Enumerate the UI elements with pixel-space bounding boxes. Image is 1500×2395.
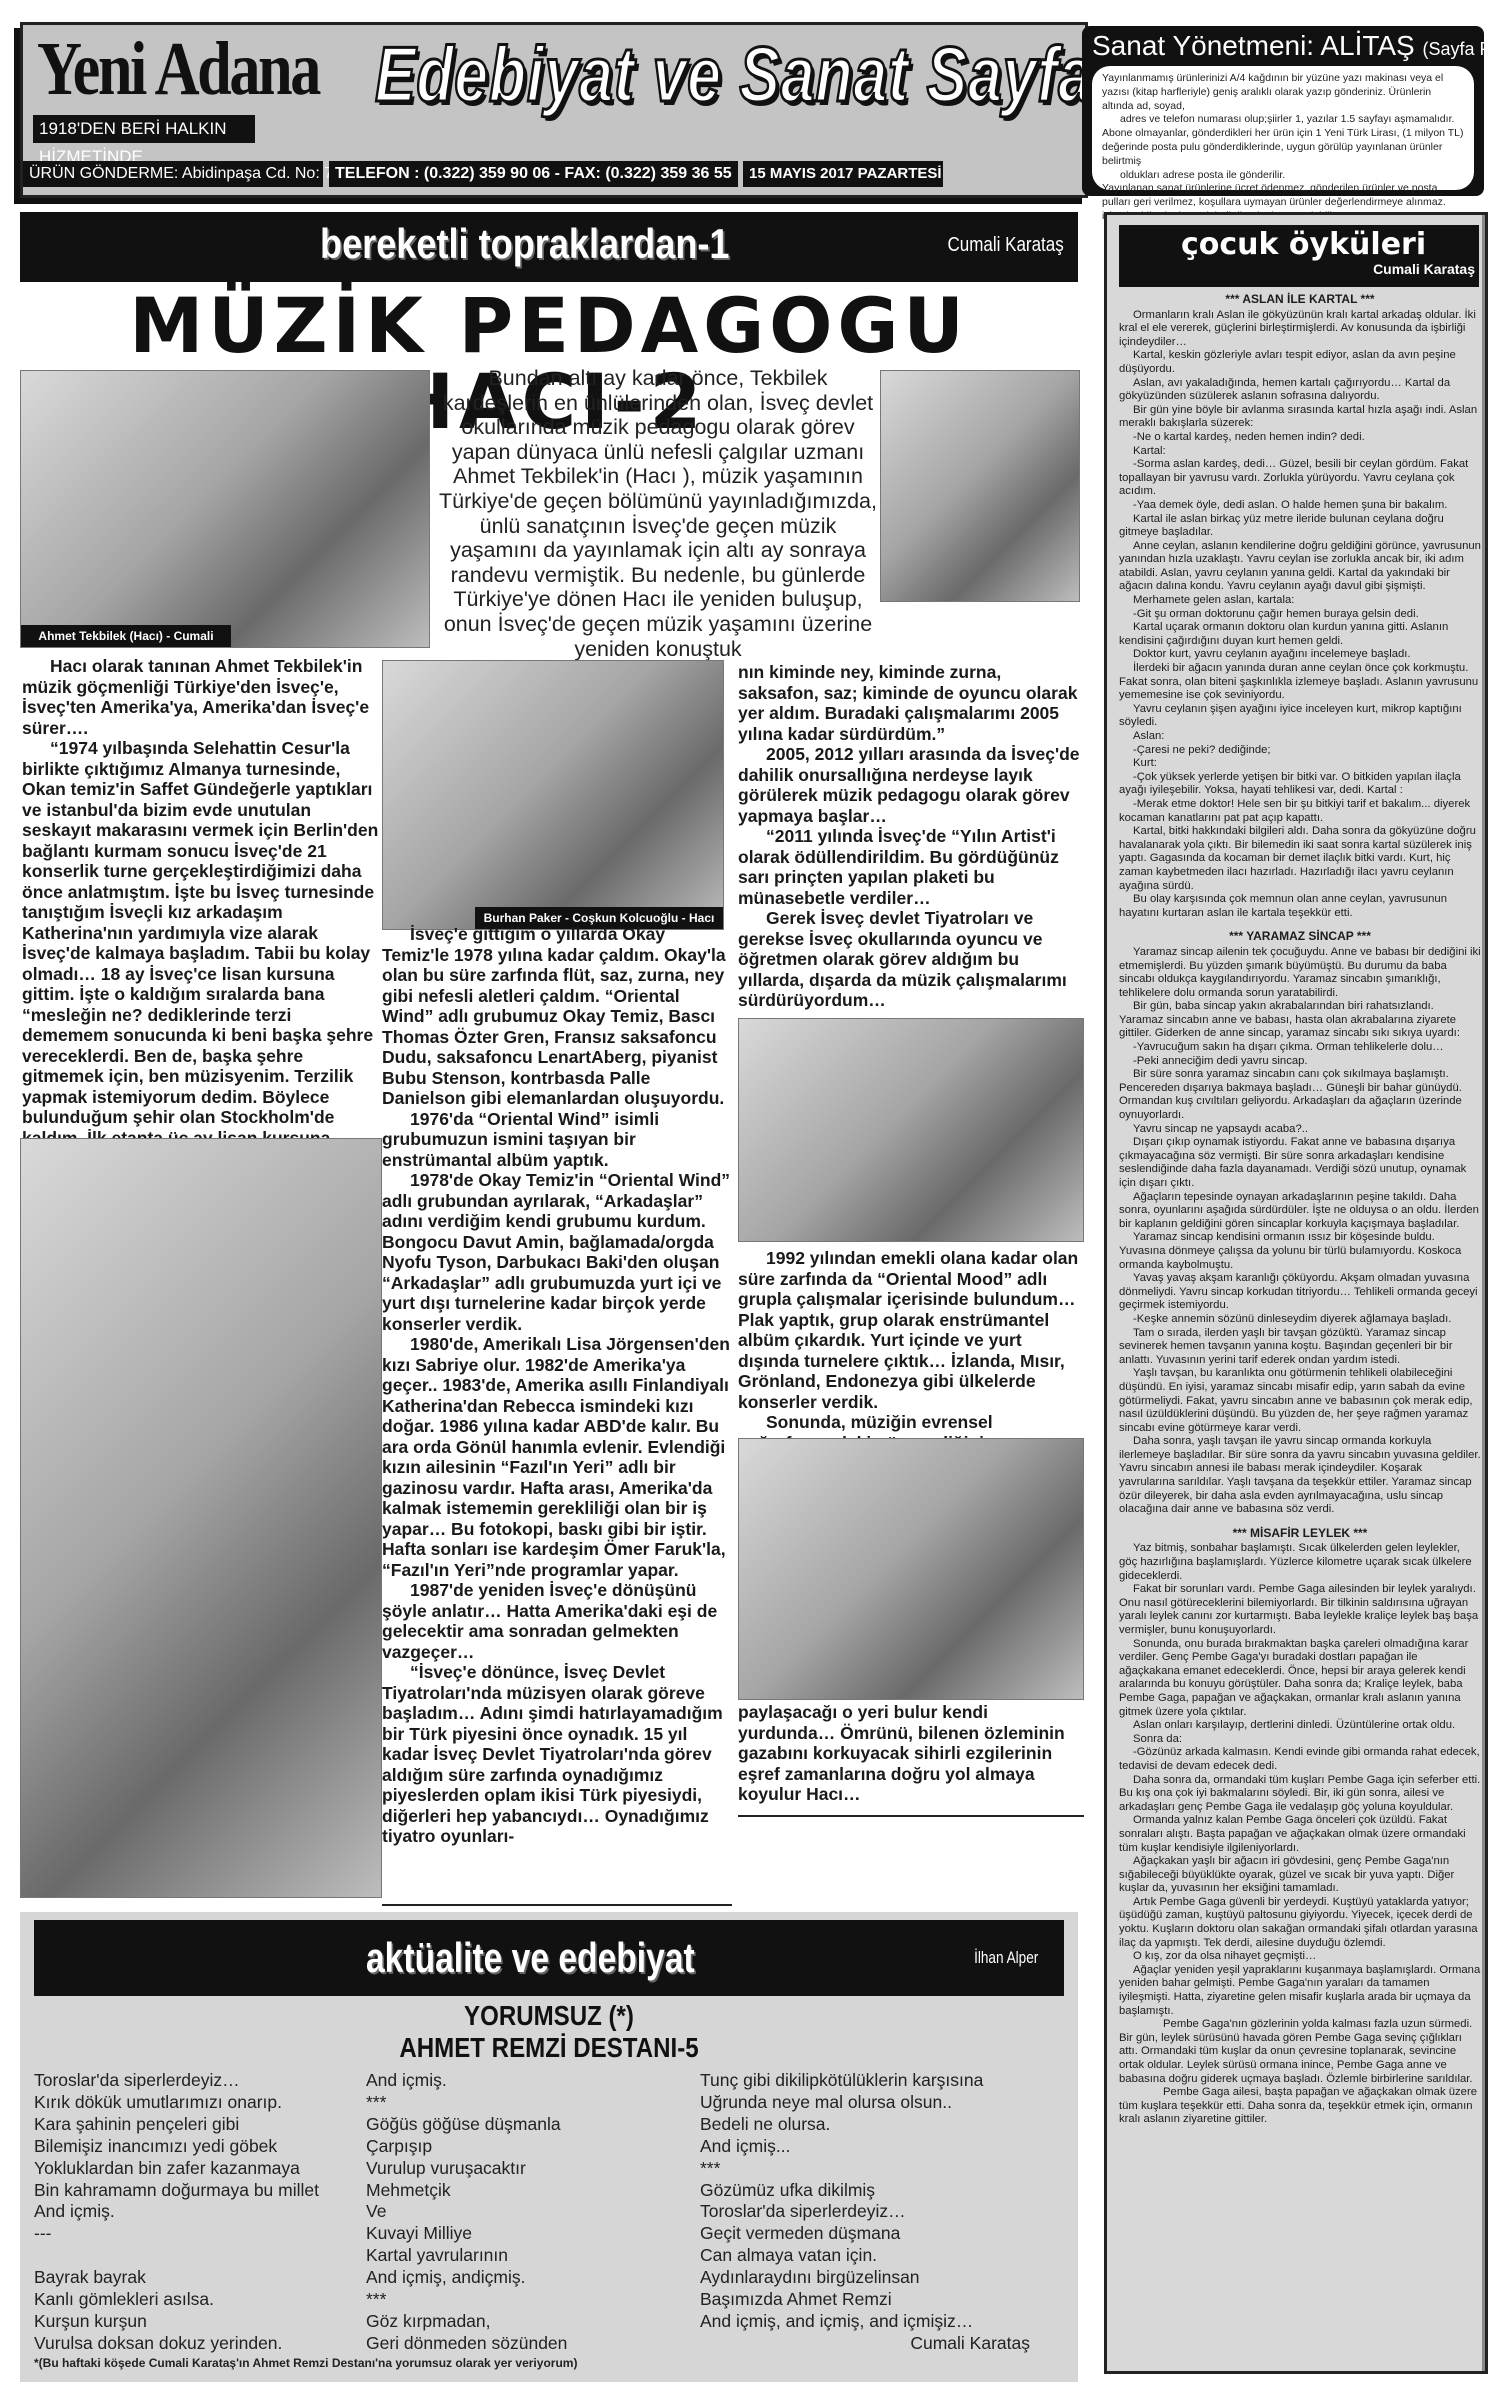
story-paragraph: Doktor kurt, yavru ceylanın ayağını ince… xyxy=(1119,648,1481,662)
verse-line: *** xyxy=(366,2289,706,2311)
masthead-tagline: 1918'DEN BERİ HALKIN HİZMETİNDE xyxy=(33,115,255,143)
stories-body: *** ASLAN İLE KARTAL *** Ormanların kral… xyxy=(1119,291,1481,2127)
photo-tekbilek-karatas: Ahmet Tekbilek (Hacı) - Cumali Karataş xyxy=(20,370,430,648)
verse-line: Kanlı gömlekleri asılsa. xyxy=(34,2289,374,2311)
verse-line: Ve xyxy=(366,2201,706,2223)
newspaper-logo: Yeni Adana xyxy=(37,31,319,107)
verse-line: Toroslar'da siperlerdeyiz… xyxy=(34,2070,374,2092)
story-paragraph: Kurt: xyxy=(1119,757,1481,771)
story-paragraph: Bir gün, baba sincap yakın akrabalarında… xyxy=(1119,1000,1481,1041)
story-paragraph: Yaramaz sincap kendisini ormanın ıssız b… xyxy=(1119,1231,1481,1272)
paragraph: Hacı olarak tanınan Ahmet Tekbilek'in mü… xyxy=(22,656,380,738)
article-intro: Bundan altı ay kadar önce, Tekbilek kard… xyxy=(438,366,878,661)
verse-line: Bayrak bayrak xyxy=(34,2267,374,2289)
verse-line: Vurulsa doksan dokuz yerinden. xyxy=(34,2333,374,2355)
story-paragraph: Aslan: xyxy=(1119,730,1481,744)
article-byline: Cumali Karataş xyxy=(948,234,1064,257)
verse-line: And içmiş... xyxy=(700,2136,1060,2158)
poem-footnote: *(Bu haftaki köşede Cumali Karataş'ın Ah… xyxy=(34,2356,577,2370)
phone-fax: TELEFON : (0.322) 359 90 06 - FAX: (0.32… xyxy=(329,161,738,187)
section-title: aktüalite ve edebiyat xyxy=(366,1934,695,1982)
story-paragraph: Bir süre sonra yaramaz sincabın canı çok… xyxy=(1119,1068,1481,1122)
article-column-2: İsveç'e gittiğim o yıllarda Okay Temiz'l… xyxy=(382,924,732,1847)
story-paragraph: -Yaa demek öyle, dedi aslan. O halde hem… xyxy=(1119,499,1481,513)
section-banner: çocuk öyküleri Cumali Karataş xyxy=(1119,225,1479,287)
verse-line: Çarpışıp xyxy=(366,2136,706,2158)
verse-line: And içmiş. xyxy=(34,2201,374,2223)
story-paragraph: Ormanda yalnız kalan Pembe Gaga önceleri… xyxy=(1119,1814,1481,1855)
story-paragraph: Yaşlı tavşan, bu karanlıkta onu götürmen… xyxy=(1119,1367,1481,1435)
story-title: *** ASLAN İLE KARTAL *** xyxy=(1119,293,1481,307)
verse-line: Toroslar'da siperlerdeyiz… xyxy=(700,2201,1060,2223)
story-paragraph: Ağaçların tepesinde oynayan arkadaşların… xyxy=(1119,1191,1481,1232)
story-paragraph: Artık Pembe Gaga güvenli bir yerdeydi. K… xyxy=(1119,1896,1481,1950)
story-paragraph: İlerdeki bir ağacın yanında duran anne c… xyxy=(1119,662,1481,703)
divider xyxy=(738,1815,1084,1817)
photo-three-men-seated xyxy=(738,1018,1084,1242)
story-paragraph: Kartal: xyxy=(1119,445,1481,459)
verse-line: Mehmetçik xyxy=(366,2180,706,2202)
paragraph: İsveç'e gittiğim o yıllarda Okay Temiz'l… xyxy=(382,924,732,1109)
story-paragraph: Sonra da: xyxy=(1119,1733,1481,1747)
story-paragraph: Merhamete gelen aslan, kartala: xyxy=(1119,594,1481,608)
verse-line: *** xyxy=(366,2092,706,2114)
photo-caption: Ahmet Tekbilek (Hacı) - Cumali Karataş xyxy=(21,625,231,647)
story-paragraph: Ağaçkakan yaşlı bir ağacın iri gövdesini… xyxy=(1119,1855,1481,1896)
verse-line: Başımızda Ahmet Remzi xyxy=(700,2289,1060,2311)
story-paragraph: Yavru ceylanın şişen ayağını iyice incel… xyxy=(1119,703,1481,730)
verse-line: Geri dönmeden sözünden xyxy=(366,2333,706,2355)
story-yaramaz-sincap: Yaramaz sincap ailenin tek çocuğuydu. An… xyxy=(1119,946,1481,1517)
poem-title: YORUMSUZ (*) AHMET REMZİ DESTANI-5 xyxy=(94,2000,1004,2064)
divider xyxy=(382,1904,732,1906)
story-paragraph: Daha sonra, yaşlı tavşan ile yavru sinca… xyxy=(1119,1435,1481,1517)
paragraph: “İsveç'e dönünce, İsveç Devlet Tiyatrola… xyxy=(382,1662,732,1847)
story-paragraph: -Sorma aslan kardeş, dedi… Güzel, besili… xyxy=(1119,458,1481,499)
story-paragraph: Kartal, bitki hakkındaki bilgileri aldı.… xyxy=(1119,825,1481,893)
rule-text: Abone olmayanlar, gönderdikleri her ürün… xyxy=(1102,127,1464,168)
story-paragraph: Bu olay karşısında çok memnun olan anne … xyxy=(1119,893,1481,920)
art-director-name: Sanat Yönetmeni: ALİTAŞ xyxy=(1092,30,1415,61)
rule-text: adres ve telefon numarası olup;şiirler 1… xyxy=(1102,113,1464,127)
photo-two-men-playing xyxy=(20,1138,382,1898)
story-paragraph: Daha sonra da, ormandaki tüm kuşları Pem… xyxy=(1119,1774,1481,1815)
story-paragraph: -Çok yüksek yerlerde yetişen bir bitki v… xyxy=(1119,771,1481,798)
paragraph: Gerek İsveç devlet Tiyatroları ve gereks… xyxy=(738,908,1084,1011)
section-title: çocuk öyküleri xyxy=(1181,227,1426,262)
section-banner: bereketli topraklardan-1 Cumali Karataş xyxy=(20,212,1078,282)
verse-spacer xyxy=(34,2245,374,2267)
verse-line: *** xyxy=(700,2158,1060,2180)
story-paragraph: Kartal, keskin gözleriyle avları tespit … xyxy=(1119,349,1481,376)
rule-text: Yayınlanan sanat ürünlerine ücret ödenme… xyxy=(1102,182,1464,210)
story-paragraph: Pembe Gaga'nın gözlerinin yolda kalması … xyxy=(1119,2018,1481,2086)
childrens-stories-sidebar: çocuk öyküleri Cumali Karataş *** ASLAN … xyxy=(1104,212,1488,2374)
poem-signature: Cumali Karataş xyxy=(700,2333,1060,2355)
verse-line: Bedeli ne olursa. xyxy=(700,2114,1060,2136)
paragraph: paylaşacağı o yeri bulur kendi yurdunda…… xyxy=(738,1702,1084,1805)
paragraph: 1980'de, Amerikalı Lisa Jörgensen'den kı… xyxy=(382,1334,732,1580)
section-banner: aktüalite ve edebiyat İlhan Alper xyxy=(34,1920,1064,1996)
story-paragraph: -Gözünüz arkada kalmasın. Kendi evinde g… xyxy=(1119,1746,1481,1773)
paragraph: 2005, 2012 yılları arasında da İsveç'de … xyxy=(738,744,1084,826)
story-paragraph: -Keşke annemin sözünü dinleseydim diyere… xyxy=(1119,1313,1481,1327)
story-paragraph: Ağaçlar yeniden yeşil yapraklarını kuşan… xyxy=(1119,1964,1481,2018)
verse-line: Göz kırpmadan, xyxy=(366,2311,706,2333)
section-byline: Cumali Karataş xyxy=(1373,261,1475,277)
story-paragraph: Aslan onları karşılayıp, dertlerini dinl… xyxy=(1119,1719,1481,1733)
photo-trio-musicians: Burhan Paker - Coşkun Kolcuoğlu - Hacı xyxy=(382,660,724,930)
verse-line: Gözümüz ufka dikilmiş xyxy=(700,2180,1060,2202)
story-paragraph: Tam o sırada, ilerden yaşlı bir tavşan g… xyxy=(1119,1327,1481,1368)
poem-column-2: And içmiş. *** Göğüs göğüse düşmanla Çar… xyxy=(366,2070,706,2355)
rule-text: Yayınlanmamış ürünlerinizi A/4 kağdının … xyxy=(1102,72,1464,113)
verse-line: Can almaya vatan için. xyxy=(700,2245,1060,2267)
story-aslan-ile-kartal: Ormanların kralı Aslan ile gökyüzünün kr… xyxy=(1119,309,1481,921)
paragraph: 1976'da “Oriental Wind” isimli grubumuzu… xyxy=(382,1109,732,1171)
paragraph: 1987'de yeniden İsveç'e dönüşünü şöyle a… xyxy=(382,1580,732,1662)
verse-line: Bilemişiz inancımızı yedi göbek xyxy=(34,2136,374,2158)
section-byline: İlhan Alper xyxy=(974,1948,1038,1968)
poem-title-line1: YORUMSUZ (*) xyxy=(94,2000,1004,2032)
verse-line: Kurşun kurşun xyxy=(34,2311,374,2333)
story-paragraph: -Çaresi ne peki? dediğinde; xyxy=(1119,744,1481,758)
verse-line: Bin kahramamn doğurmaya bu millet xyxy=(34,2180,374,2202)
story-paragraph: -Yavrucuğum sakın ha dışarı çıkma. Orman… xyxy=(1119,1041,1481,1055)
poem-section: aktüalite ve edebiyat İlhan Alper YORUMS… xyxy=(20,1912,1078,2382)
story-paragraph: Pembe Gaga ailesi, başta papağan ve ağaç… xyxy=(1119,2086,1481,2127)
story-paragraph: Kartal ile aslan birkaç yüz metre ilerid… xyxy=(1119,513,1481,540)
poem-title-line2: AHMET REMZİ DESTANI-5 xyxy=(94,2032,1004,2064)
story-paragraph: Yavaş yavaş akşam karanlığı çöküyordu. A… xyxy=(1119,1272,1481,1313)
photo-haci-playing-ney xyxy=(880,370,1080,602)
verse-line: And içmiş, andiçmiş. xyxy=(366,2267,706,2289)
story-paragraph: -Peki anneciğim dedi yavru sincap. xyxy=(1119,1055,1481,1069)
story-paragraph: Sonunda, onu burada bırakmaktan başka ça… xyxy=(1119,1638,1481,1720)
story-paragraph: Anne ceylan, aslanın kendilerine doğru g… xyxy=(1119,540,1481,594)
story-paragraph: -Ne o kartal kardeş, neden hemen indin? … xyxy=(1119,431,1481,445)
masthead: Yeni Adana 1918'DEN BERİ HALKIN HİZMETİN… xyxy=(20,22,1088,198)
art-director-role: (Sayfa Planı-Düzeltmen) xyxy=(1423,39,1500,59)
article-column-3: nın kiminde ney, kiminde zurna, saksafon… xyxy=(738,662,1084,1011)
poem-column-3: Tunç gibi dikilipkötülüklerin karşısına … xyxy=(700,2070,1060,2355)
verse-line: Uğrunda neye mal olursa olsun.. xyxy=(700,2092,1060,2114)
verse-line: Tunç gibi dikilipkötülüklerin karşısına xyxy=(700,2070,1060,2092)
section-title: bereketli topraklardan-1 xyxy=(320,220,730,268)
story-title: *** YARAMAZ SİNCAP *** xyxy=(1119,930,1481,944)
paragraph: “2011 yılında İsveç'de “Yılın Artist'i o… xyxy=(738,826,1084,908)
article-column-3c: paylaşacağı o yeri bulur kendi yurdunda…… xyxy=(738,1702,1084,1817)
verse-line: Kuvayi Milliye xyxy=(366,2223,706,2245)
paragraph: 1992 yılından emekli olana kadar olan sü… xyxy=(738,1248,1084,1412)
rule-text: oldukları adrese posta ile gönderilir. xyxy=(1102,169,1464,183)
issue-date: 15 MAYIS 2017 PAZARTESİ xyxy=(743,161,943,187)
story-paragraph: Kartal uçarak ormanın doktoru olan kurdu… xyxy=(1119,621,1481,648)
verse-line: Kırık dökük umutlarımızı onarıp. xyxy=(34,2092,374,2114)
submission-rules: Yayınlanmamış ürünlerinizi A/4 kağdının … xyxy=(1092,66,1474,190)
verse-line: Yokluklardan bin zafer kazanmaya xyxy=(34,2158,374,2180)
story-title: *** MİSAFİR LEYLEK *** xyxy=(1119,1527,1481,1541)
paragraph: 1978'de Okay Temiz'in “Oriental Wind” ad… xyxy=(382,1170,732,1334)
verse-line: Kara şahinin pençeleri gibi xyxy=(34,2114,374,2136)
verse-line: --- xyxy=(34,2223,374,2245)
story-paragraph: Aslan, avı yakaladığında, hemen kartalı … xyxy=(1119,377,1481,404)
art-director-box: Sanat Yönetmeni: ALİTAŞ (Sayfa Planı-Düz… xyxy=(1082,26,1484,196)
art-director-title: Sanat Yönetmeni: ALİTAŞ (Sayfa Planı-Düz… xyxy=(1092,30,1500,62)
story-paragraph: Bir gün yine böyle bir avlanma sırasında… xyxy=(1119,404,1481,431)
story-paragraph: O kış, zor da olsa nihayet geçmişti… xyxy=(1119,1950,1481,1964)
story-paragraph: Yaramaz sincap ailenin tek çocuğuydu. An… xyxy=(1119,946,1481,1000)
story-paragraph: Yavru sincap ne yapsaydı acaba?.. xyxy=(1119,1123,1481,1137)
verse-line: And içmiş, and içmiş, and içmişiz… xyxy=(700,2311,1060,2333)
story-paragraph: Yaz bitmiş, sonbahar başlamıştı. Sıcak ü… xyxy=(1119,1542,1481,1583)
story-misafir-leylek: Yaz bitmiş, sonbahar başlamıştı. Sıcak ü… xyxy=(1119,1542,1481,2127)
verse-line: And içmiş. xyxy=(366,2070,706,2092)
paragraph: nın kiminde ney, kiminde zurna, saksafon… xyxy=(738,662,1084,744)
verse-line: Vurulup vuruşacaktır xyxy=(366,2158,706,2180)
photo-two-men-portrait xyxy=(738,1438,1084,1700)
verse-line: Aydınlaraydını birgüzelinsan xyxy=(700,2267,1060,2289)
poem-column-1: Toroslar'da siperlerdeyiz… Kırık dökük u… xyxy=(34,2070,374,2355)
verse-line: Kartal yavrularının xyxy=(366,2245,706,2267)
verse-line: Geçit vermeden düşmana xyxy=(700,2223,1060,2245)
verse-line: Göğüs göğüse düşmanla xyxy=(366,2114,706,2136)
story-paragraph: -Merak etme doktor! Hele sen bir şu bitk… xyxy=(1119,798,1481,825)
page-title: Edebiyat ve Sanat Sayfası xyxy=(375,35,1145,113)
submission-address: ÜRÜN GÖNDERME: Abidinpaşa Cd. No: 70 Kat… xyxy=(23,161,323,187)
story-paragraph: -Git şu orman doktorunu çağır hemen bura… xyxy=(1119,608,1481,622)
story-paragraph: Dışarı çıkıp oynamak istiyordu. Fakat an… xyxy=(1119,1136,1481,1190)
story-paragraph: Ormanların kralı Aslan ile gökyüzünün kr… xyxy=(1119,309,1481,350)
story-paragraph: Fakat bir sorunları vardı. Pembe Gaga ai… xyxy=(1119,1583,1481,1637)
